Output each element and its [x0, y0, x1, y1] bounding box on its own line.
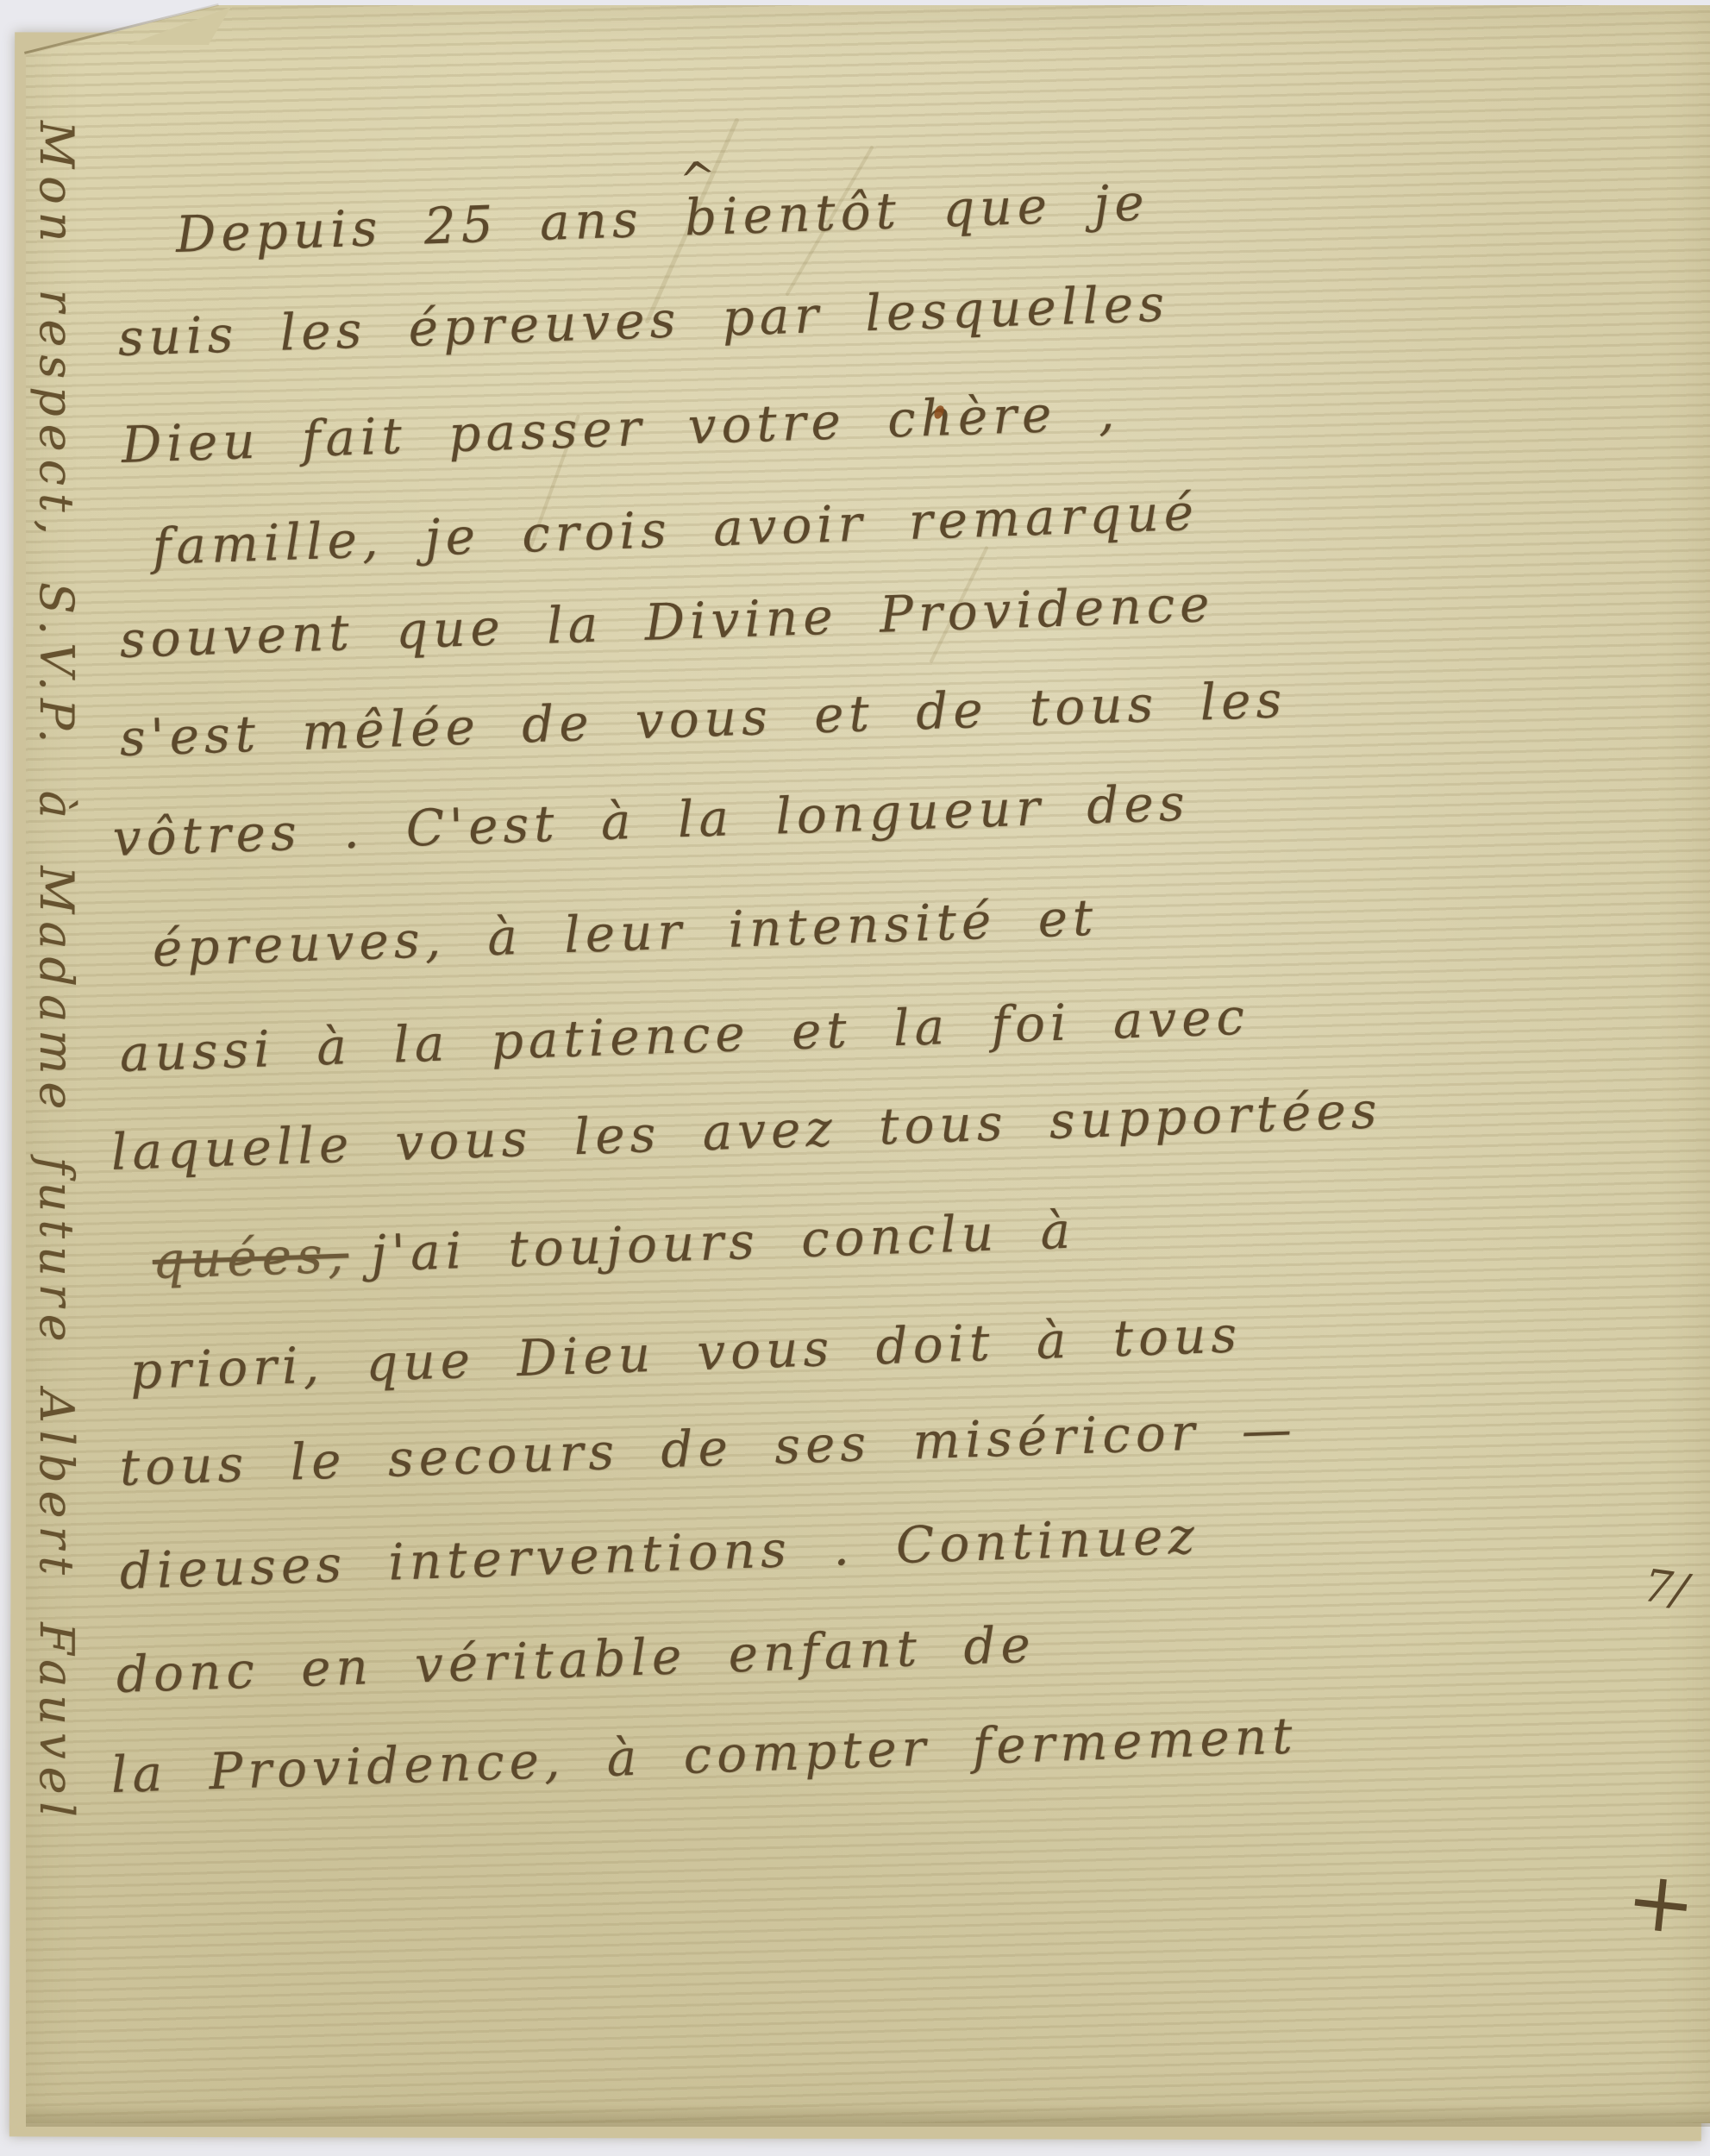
right-edge-mark: 7/: [1640, 1560, 1690, 1617]
scan-background: Mon respect, S.V.P. à Madame future Albe…: [0, 0, 1710, 2156]
margin-note: Mon respect, S.V.P. à Madame future Albe…: [29, 121, 84, 2104]
right-edge-cross: +: [1621, 1851, 1701, 1954]
struck-word: quées,: [152, 1225, 349, 1290]
